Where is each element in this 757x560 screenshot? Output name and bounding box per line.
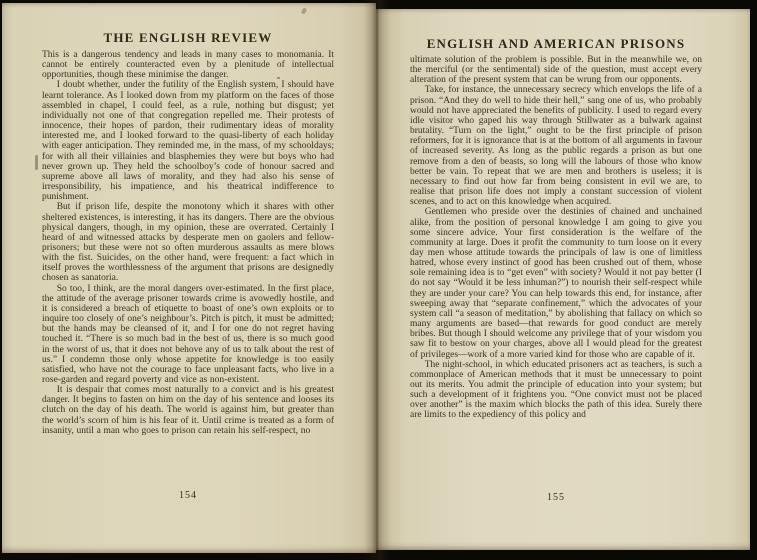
book-scan: THE ENGLISH REVIEW This is a dangerous t… [0, 0, 757, 560]
paragraph: The night-school, in which educated pris… [410, 360, 702, 421]
paragraph: Take, for instance, the unnecessary secr… [410, 85, 702, 207]
paragraph: I doubt whether, under the futility of t… [42, 80, 334, 202]
left-running-head: THE ENGLISH REVIEW [42, 30, 334, 46]
paragraph: Gentlemen who preside over the destinies… [410, 207, 702, 359]
right-running-head: ENGLISH AND AMERICAN PRISONS [410, 36, 702, 52]
left-page-body: This is a dangerous tendency and leads i… [42, 50, 334, 436]
right-page-number: 155 [410, 492, 702, 503]
left-page: THE ENGLISH REVIEW This is a dangerous t… [2, 3, 376, 553]
right-page-body: ultimate solution of the problem is poss… [410, 55, 702, 421]
right-page: ENGLISH AND AMERICAN PRISONS ultimate so… [376, 9, 750, 550]
ink-speck [301, 7, 307, 14]
paragraph: But if prison life, despite the monotony… [42, 202, 334, 283]
paragraph: It is despair that comes most naturally … [42, 385, 334, 436]
margin-ink-mark [35, 155, 38, 170]
paragraph: So too, I think, are the moral dangers o… [42, 284, 334, 386]
paragraph: ultimate solution of the problem is poss… [410, 55, 702, 85]
left-page-number: 154 [42, 490, 334, 501]
paragraph: This is a dangerous tendency and leads i… [42, 50, 334, 80]
